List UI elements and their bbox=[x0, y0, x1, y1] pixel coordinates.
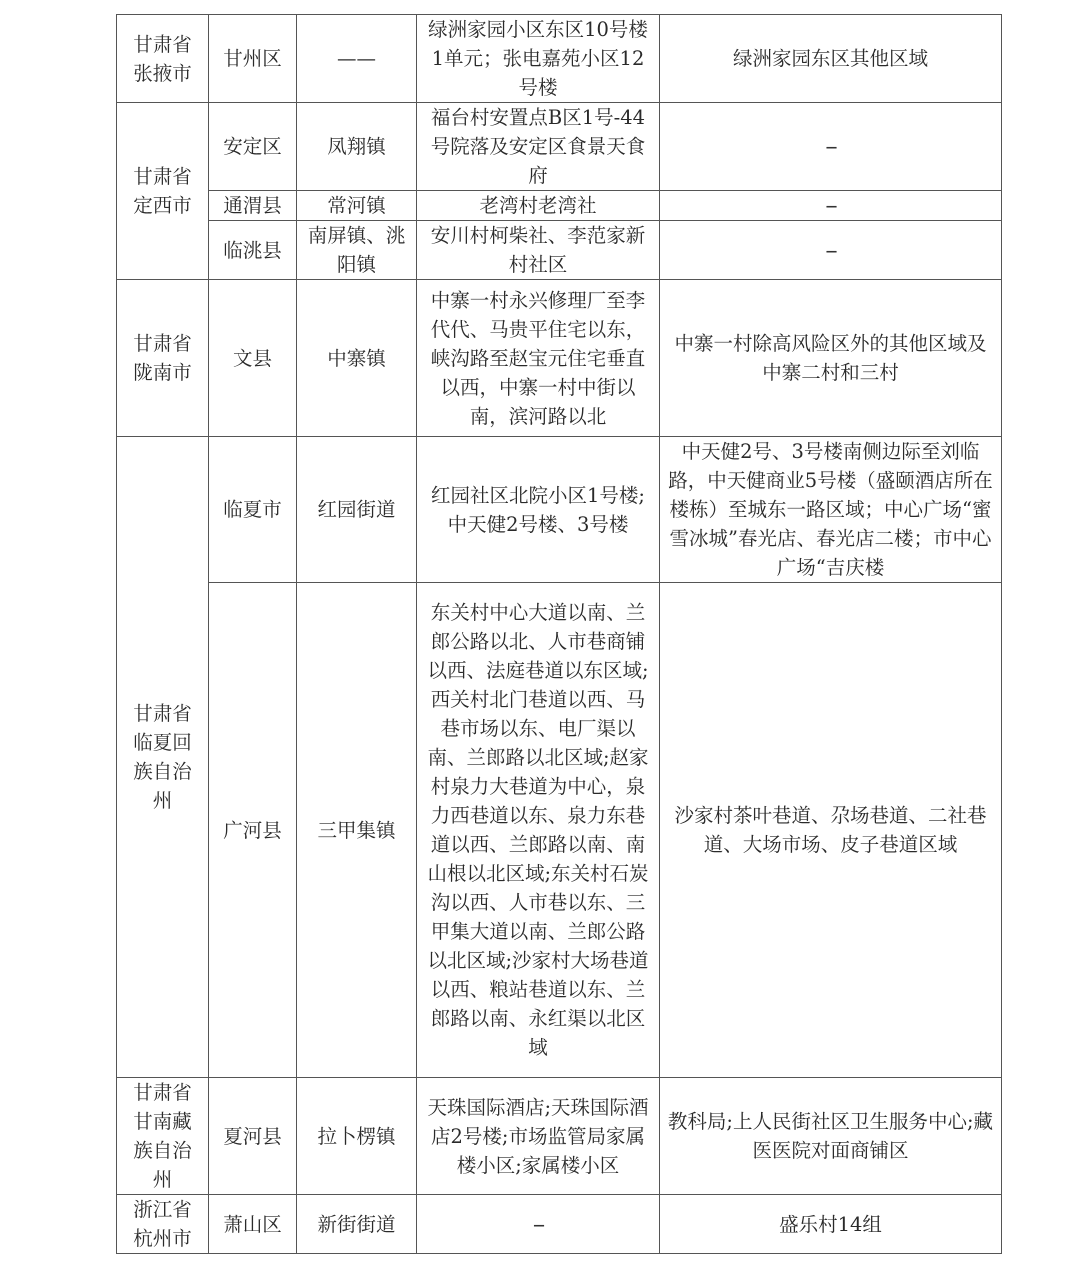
city-cell: 甘肃省甘南藏族自治州 bbox=[117, 1078, 209, 1195]
table-row: 甘肃省临夏回族自治州 临夏市 红园街道 红园社区北院小区1号楼;中天健2号楼、3… bbox=[117, 437, 1002, 583]
city-cell: 甘肃省陇南市 bbox=[117, 280, 209, 437]
medium-risk-cell: -- bbox=[660, 191, 1002, 221]
city-cell: 甘肃省临夏回族自治州 bbox=[117, 437, 209, 1078]
town-cell: 中寨镇 bbox=[297, 280, 417, 437]
high-risk-cell: 福台村安置点B区1号-44号院落及安定区食景天食府 bbox=[417, 103, 660, 191]
table-row: 广河县 三甲集镇 东关村中心大道以南、兰郎公路以北、人市巷商铺以西、法庭巷道以东… bbox=[117, 583, 1002, 1078]
medium-risk-cell: -- bbox=[660, 221, 1002, 280]
city-cell: 浙江省杭州市 bbox=[117, 1195, 209, 1254]
town-cell: 拉卜楞镇 bbox=[297, 1078, 417, 1195]
town-cell: 南屏镇、洮阳镇 bbox=[297, 221, 417, 280]
table-row: 甘肃省甘南藏族自治州 夏河县 拉卜楞镇 天珠国际酒店;天珠国际酒店2号楼;市场监… bbox=[117, 1078, 1002, 1195]
town-cell: 新街街道 bbox=[297, 1195, 417, 1254]
risk-area-table: 甘肃省张掖市 甘州区 —— 绿洲家园小区东区10号楼1单元；张电嘉苑小区12号楼… bbox=[116, 14, 1002, 1254]
district-cell: 文县 bbox=[209, 280, 297, 437]
town-cell: 常河镇 bbox=[297, 191, 417, 221]
high-risk-cell: 老湾村老湾社 bbox=[417, 191, 660, 221]
town-cell: —— bbox=[297, 15, 417, 103]
medium-risk-cell: 中寨一村除高风险区外的其他区域及中寨二村和三村 bbox=[660, 280, 1002, 437]
town-cell: 三甲集镇 bbox=[297, 583, 417, 1078]
medium-risk-cell: -- bbox=[660, 103, 1002, 191]
table-row: 甘肃省陇南市 文县 中寨镇 中寨一村永兴修理厂至李代代、马贵平住宅以东，峡沟路至… bbox=[117, 280, 1002, 437]
table-row: 甘肃省定西市 安定区 凤翔镇 福台村安置点B区1号-44号院落及安定区食景天食府… bbox=[117, 103, 1002, 191]
district-cell: 临洮县 bbox=[209, 221, 297, 280]
high-risk-cell: 天珠国际酒店;天珠国际酒店2号楼;市场监管局家属楼小区;家属楼小区 bbox=[417, 1078, 660, 1195]
town-cell: 凤翔镇 bbox=[297, 103, 417, 191]
district-cell: 临夏市 bbox=[209, 437, 297, 583]
table-row: 通渭县 常河镇 老湾村老湾社 -- bbox=[117, 191, 1002, 221]
high-risk-cell: 中寨一村永兴修理厂至李代代、马贵平住宅以东，峡沟路至赵宝元住宅垂直以西，中寨一村… bbox=[417, 280, 660, 437]
medium-risk-cell: 教科局;上人民街社区卫生服务中心;藏医医院对面商铺区 bbox=[660, 1078, 1002, 1195]
district-cell: 安定区 bbox=[209, 103, 297, 191]
high-risk-cell: -- bbox=[417, 1195, 660, 1254]
district-cell: 萧山区 bbox=[209, 1195, 297, 1254]
city-cell: 甘肃省张掖市 bbox=[117, 15, 209, 103]
medium-risk-cell: 盛乐村14组 bbox=[660, 1195, 1002, 1254]
high-risk-cell: 绿洲家园小区东区10号楼1单元；张电嘉苑小区12号楼 bbox=[417, 15, 660, 103]
medium-risk-cell: 沙家村茶叶巷道、尕场巷道、二社巷道、大场市场、皮子巷道区域 bbox=[660, 583, 1002, 1078]
city-cell: 甘肃省定西市 bbox=[117, 103, 209, 280]
table-row: 临洮县 南屏镇、洮阳镇 安川村柯柴社、李范家新村社区 -- bbox=[117, 221, 1002, 280]
table-row: 浙江省杭州市 萧山区 新街街道 -- 盛乐村14组 bbox=[117, 1195, 1002, 1254]
district-cell: 广河县 bbox=[209, 583, 297, 1078]
high-risk-cell: 红园社区北院小区1号楼;中天健2号楼、3号楼 bbox=[417, 437, 660, 583]
high-risk-cell: 东关村中心大道以南、兰郎公路以北、人市巷商铺以西、法庭巷道以东区域;西关村北门巷… bbox=[417, 583, 660, 1078]
medium-risk-cell: 绿洲家园东区其他区域 bbox=[660, 15, 1002, 103]
district-cell: 甘州区 bbox=[209, 15, 297, 103]
district-cell: 通渭县 bbox=[209, 191, 297, 221]
town-cell: 红园街道 bbox=[297, 437, 417, 583]
table-row: 甘肃省张掖市 甘州区 —— 绿洲家园小区东区10号楼1单元；张电嘉苑小区12号楼… bbox=[117, 15, 1002, 103]
district-cell: 夏河县 bbox=[209, 1078, 297, 1195]
high-risk-cell: 安川村柯柴社、李范家新村社区 bbox=[417, 221, 660, 280]
medium-risk-cell: 中天健2号、3号楼南侧边际至刘临路，中天健商业5号楼（盛颐酒店所在楼栋）至城东一… bbox=[660, 437, 1002, 583]
